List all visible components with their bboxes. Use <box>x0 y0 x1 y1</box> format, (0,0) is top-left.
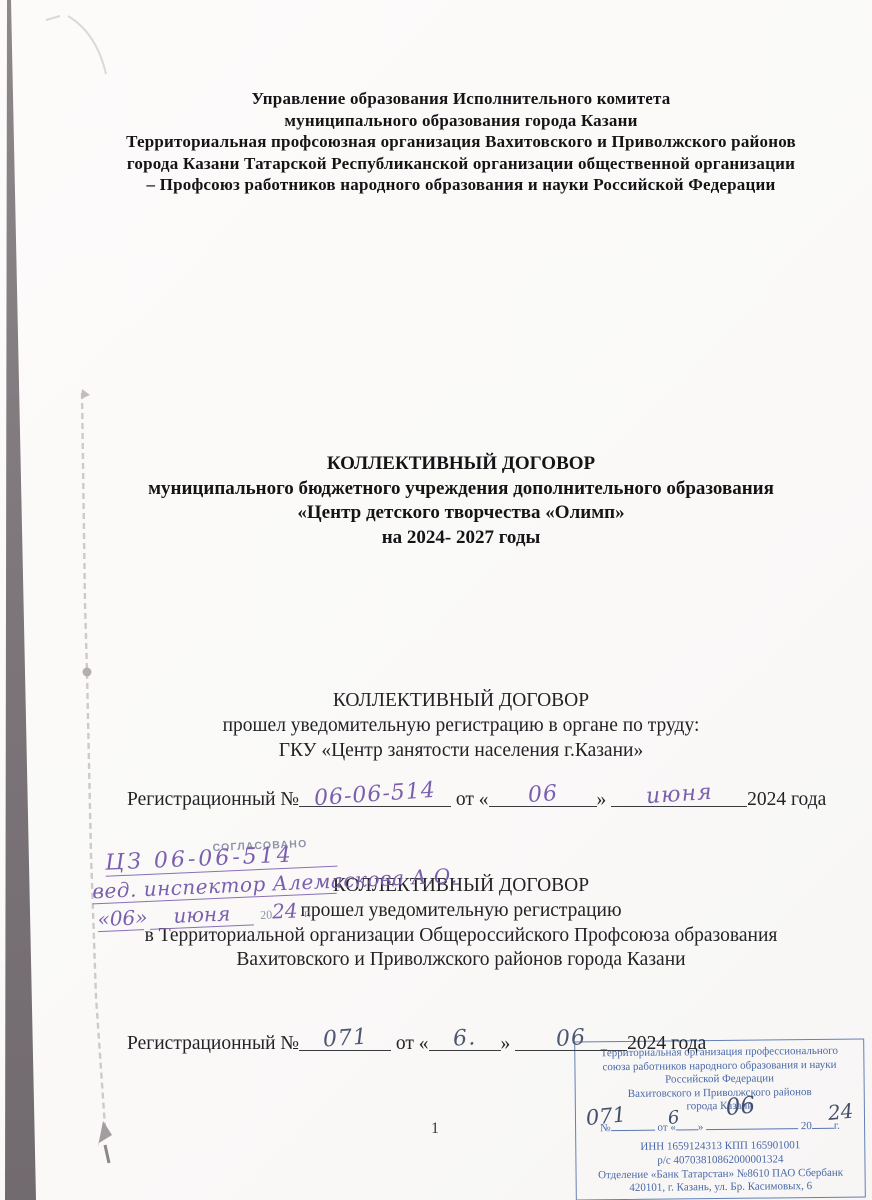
letterhead-line: – Профсоюз работников народного образова… <box>66 174 856 196</box>
scanned-document-page: Управление образования Исполнительного к… <box>0 0 872 1200</box>
title-line: КОЛЛЕКТИВНЫЙ ДОГОВОР <box>66 452 856 477</box>
quote-close: » <box>501 1033 516 1054</box>
stamp-quote-close: » <box>698 1121 704 1133</box>
reg-number-handwritten: 06-06-514 <box>313 778 436 811</box>
from-label: от « <box>451 789 489 810</box>
letterhead-line: муниципального образования города Казани <box>66 110 856 132</box>
reg-day-handwritten: 06 <box>527 781 559 808</box>
thread-end <box>98 1121 112 1147</box>
reg-month-blank: июня <box>611 786 747 807</box>
reg-month-handwritten: 06 <box>555 1025 587 1052</box>
document-title: КОЛЛЕКТИВНЫЙ ДОГОВОР муниципального бюдж… <box>66 452 856 550</box>
reg-prefix: Регистрационный № <box>127 789 299 810</box>
notice-line: прошел уведомительную регистрацию в орга… <box>66 713 856 738</box>
stamp-day-handwritten: 6 <box>667 1111 680 1126</box>
approval-note: СОГЛАСОВАНО ЦЗ 06-06-514 вед. инспектор … <box>90 827 430 842</box>
letterhead: Управление образования Исполнительного к… <box>66 88 856 196</box>
approval-year-prefix: 20 <box>260 908 273 923</box>
reg-day-blank: 06 <box>489 786 597 807</box>
notice-line: Вахитовского и Приволжского районов горо… <box>66 948 856 973</box>
stamp-details-block: ИНН 1659124313 КПП 165901001 р/с 4070381… <box>576 1138 865 1196</box>
title-line: муниципального бюджетного учреждения доп… <box>66 477 856 502</box>
approval-year-handwritten: 24 <box>272 898 298 923</box>
union-stamp: Территориальная организация профессионал… <box>574 1038 866 1200</box>
notice-line: КОЛЛЕКТИВНЫЙ ДОГОВОР <box>66 688 856 713</box>
approval-day-handwritten: «06» <box>97 905 144 932</box>
stamp-month-handwritten: 06 <box>725 1099 755 1115</box>
reg-number-blank: 06-06-514 <box>299 786 451 807</box>
title-line: «Центр детского творчества «Олимп» <box>66 501 856 526</box>
reg-month-blank: 06 <box>515 1030 627 1051</box>
binding-thread <box>60 385 130 1175</box>
pencil-marks <box>28 8 138 98</box>
reg-day-handwritten: 6. <box>452 1025 477 1052</box>
union-registration-line: Регистрационный №071 от «6.» 062024 года <box>127 1030 706 1055</box>
reg-day-blank: 6. <box>429 1030 501 1051</box>
labor-registration-notice: КОЛЛЕКТИВНЫЙ ДОГОВОР прошел уведомительн… <box>66 688 856 763</box>
thread-knot <box>83 668 92 677</box>
year-suffix: 2024 года <box>627 1033 706 1054</box>
reg-month-handwritten: июня <box>645 780 713 810</box>
labor-registration-line: Регистрационный №06-06-514 от «06» июня2… <box>127 786 826 811</box>
reg-prefix: Регистрационный № <box>127 1033 299 1054</box>
quote-close: » <box>597 789 612 810</box>
approval-month-handwritten: июня <box>149 900 254 930</box>
page-number: 1 <box>420 1120 450 1138</box>
year-suffix: 2024 года <box>747 789 826 810</box>
stamp-year-handwritten: 24 <box>827 1104 854 1120</box>
stamp-year-prefix: 20 <box>801 1120 812 1132</box>
letterhead-line: города Казани Татарской Республиканской … <box>66 153 856 175</box>
reg-number-blank: 071 <box>299 1030 391 1051</box>
stamp-detail-line: 420101, г. Казань, ул. Бр. Касимовых, 6 <box>577 1180 865 1197</box>
notice-line: ГКУ «Центр занятости населения г.Казани» <box>66 738 856 763</box>
from-label: от « <box>391 1033 429 1054</box>
letterhead-line: Территориальная профсоюзная организация … <box>66 131 856 153</box>
letterhead-line: Управление образования Исполнительного к… <box>66 88 856 110</box>
stamp-number-handwritten: 071 <box>585 1108 626 1125</box>
scan-edge-shadow <box>0 0 44 1200</box>
stamp-number-row: № от «» 20г. 071 6 06 24 <box>576 1115 864 1138</box>
title-line: на 2024- 2027 годы <box>66 526 856 551</box>
approval-year-suffix: г. <box>304 906 311 920</box>
reg-number-handwritten: 071 <box>322 1024 369 1052</box>
